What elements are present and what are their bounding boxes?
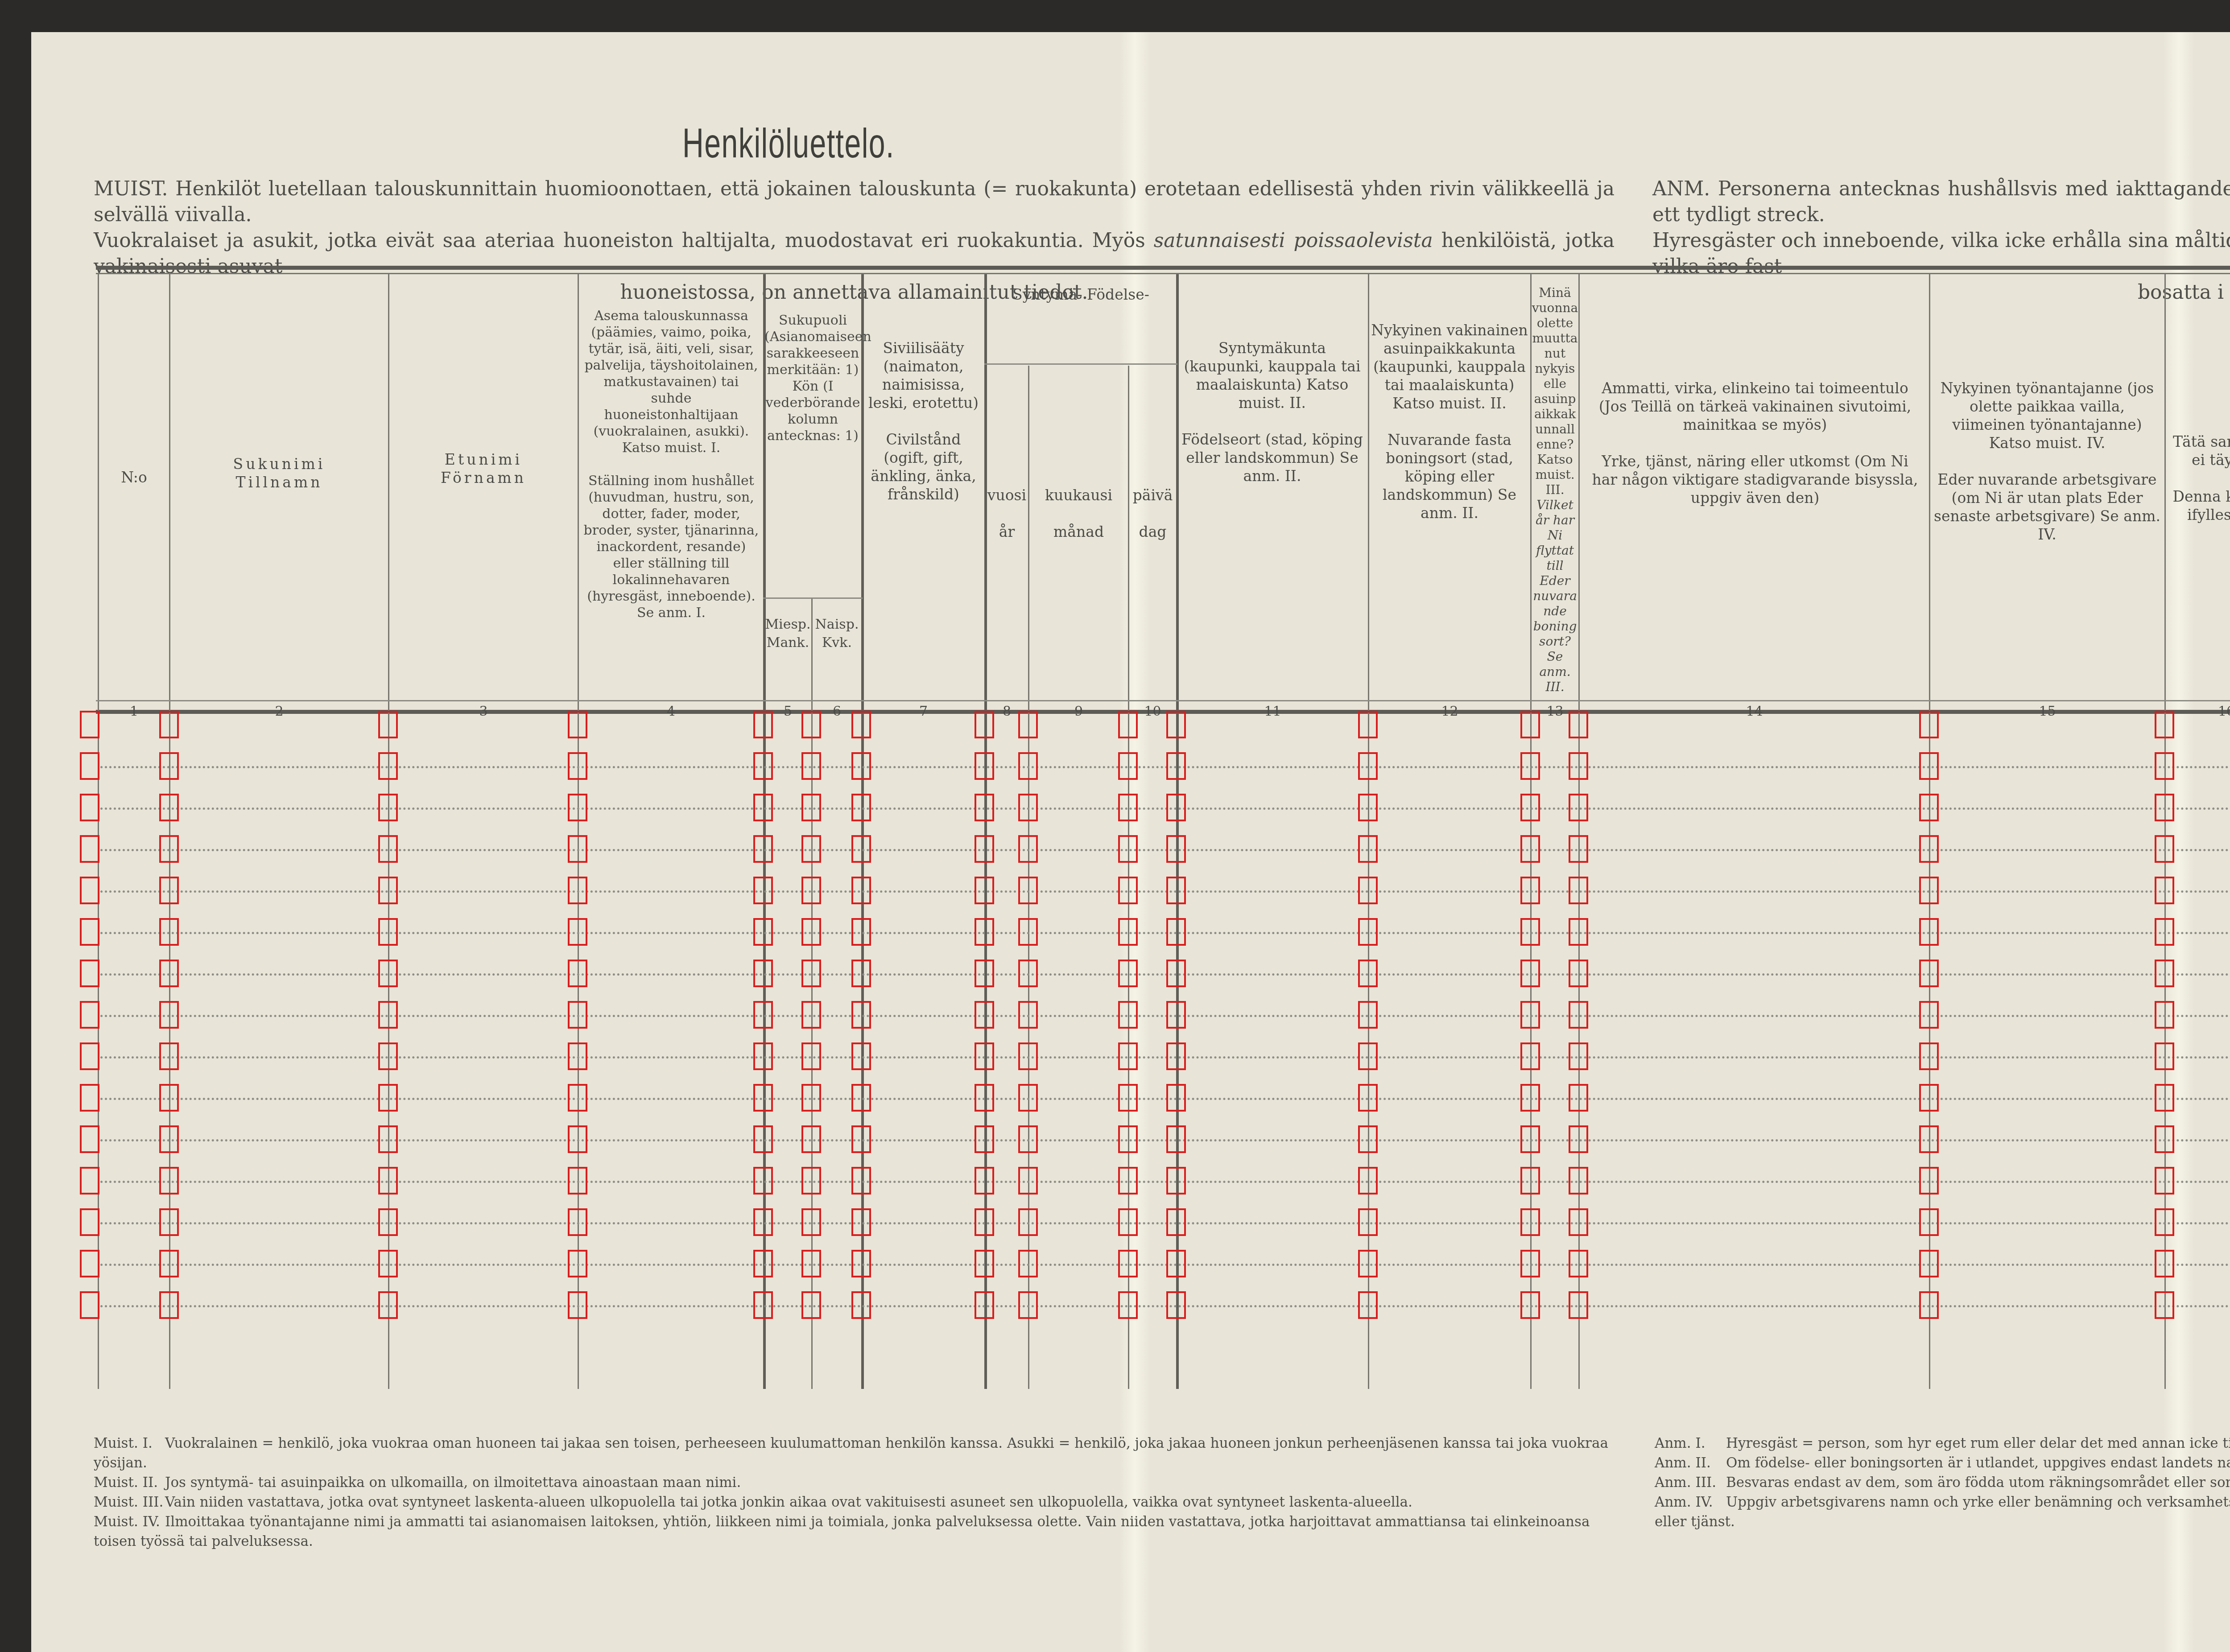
cell-marker-box (568, 1250, 587, 1277)
cell-marker-box (1166, 1125, 1186, 1153)
cell-marker-box (2155, 752, 2174, 780)
cell-marker-box (1018, 1208, 1038, 1236)
cell-marker-box (1569, 711, 1588, 738)
row-ruling (100, 1098, 2230, 1100)
cell-marker-box (159, 1250, 179, 1277)
cell-marker-box (159, 1001, 179, 1029)
row-ruling (100, 766, 2230, 768)
cell-marker-box (80, 1084, 99, 1112)
cell-marker-box (975, 1042, 994, 1070)
cell-marker-box (1018, 1250, 1038, 1277)
header-col-12: Nykyinen vakinainen asuinpaikkakunta (ka… (1370, 321, 1529, 522)
cell-marker-box (1919, 918, 1939, 946)
cell-marker-box (2155, 960, 2174, 987)
cell-marker-box (851, 1250, 871, 1277)
cell-marker-box (1520, 960, 1540, 987)
cell-marker-box (975, 1001, 994, 1029)
cell-marker-box (1118, 960, 1138, 987)
header-col-7: Siviilisääty (naimaton, naimisissa, lesk… (863, 339, 984, 503)
cell-marker-box (568, 752, 587, 780)
cell-marker-box (851, 1291, 871, 1319)
cell-marker-box (2155, 877, 2174, 904)
row-ruling (100, 807, 2230, 810)
cell-marker-box (80, 960, 99, 987)
cell-marker-box (1919, 877, 1939, 904)
cell-marker-box (159, 711, 179, 738)
footnote-muist-2: Muist. II.Jos syntymä- tai asuinpaikka o… (94, 1473, 1619, 1492)
cell-marker-box (1018, 752, 1038, 780)
cell-marker-box (851, 711, 871, 738)
cell-marker-box (1118, 794, 1138, 821)
cell-marker-box (851, 960, 871, 987)
cell-marker-box (159, 960, 179, 987)
cell-marker-box (2155, 1167, 2174, 1195)
cell-marker-box (2155, 711, 2174, 738)
intro-note-swedish: ANM. Personerna antecknas hushållsvis me… (1652, 176, 2230, 305)
title-finnish: Henkilöluettelo. (682, 120, 895, 167)
cell-marker-box (801, 1250, 821, 1277)
cell-marker-box (1919, 1167, 1939, 1195)
cell-marker-box (378, 1084, 398, 1112)
footnote-anm-1: Anm. I.Hyresgäst = person, som hyr eget … (1655, 1434, 2230, 1453)
row-ruling (100, 1305, 2230, 1307)
cell-marker-box (1358, 1167, 1378, 1195)
cell-marker-box (1569, 1001, 1588, 1029)
cell-marker-box (1358, 752, 1378, 780)
cell-marker-box (1358, 1250, 1378, 1277)
cell-marker-box (2155, 1250, 2174, 1277)
cell-marker-box (1166, 835, 1186, 863)
intro-note-finnish: MUIST. Henkilöt luetellaan talouskunnitt… (94, 176, 1615, 305)
footnote-muist-3: Muist. III.Vain niiden vastattava, jotka… (94, 1492, 1619, 1512)
cell-marker-box (801, 1084, 821, 1112)
cell-marker-box (851, 794, 871, 821)
cell-marker-box (1018, 918, 1038, 946)
column-number: 16 (2166, 704, 2230, 719)
cell-marker-box (1520, 752, 1540, 780)
cell-marker-box (801, 877, 821, 904)
cell-marker-box (1118, 1250, 1138, 1277)
cell-marker-box (801, 1291, 821, 1319)
cell-marker-box (801, 960, 821, 987)
cell-marker-box (1358, 1001, 1378, 1029)
cell-marker-box (1018, 1125, 1038, 1153)
cell-marker-box (378, 1208, 398, 1236)
cell-marker-box (159, 1084, 179, 1112)
cell-marker-box (1358, 1084, 1378, 1112)
cell-marker-box (1520, 794, 1540, 821)
cell-marker-box (1569, 1167, 1588, 1195)
cell-marker-box (378, 794, 398, 821)
column-number: 3 (389, 704, 578, 719)
cell-marker-box (568, 918, 587, 946)
cell-marker-box (851, 1125, 871, 1153)
cell-marker-box (1520, 877, 1540, 904)
cell-marker-box (568, 711, 587, 738)
cell-marker-box (1520, 1084, 1540, 1112)
cell-marker-box (975, 711, 994, 738)
column-number: 7 (863, 704, 984, 719)
cell-marker-box (1358, 960, 1378, 987)
cell-marker-box (975, 1125, 994, 1153)
cell-marker-box (975, 877, 994, 904)
footnotes-finnish: Muist. I.Vuokralainen = henkilö, joka vu… (94, 1434, 1619, 1551)
cell-marker-box (1166, 1250, 1186, 1277)
cell-marker-box (1118, 1291, 1138, 1319)
cell-marker-box (1018, 1042, 1038, 1070)
cell-marker-box (1520, 918, 1540, 946)
cell-marker-box (159, 1291, 179, 1319)
group-divider-birth (984, 363, 1177, 365)
cell-marker-box (1166, 1291, 1186, 1319)
row-ruling (100, 890, 2230, 893)
cell-marker-box (80, 1042, 99, 1070)
cell-marker-box (378, 835, 398, 863)
cell-marker-box (753, 1084, 773, 1112)
cell-marker-box (851, 1208, 871, 1236)
cell-marker-box (2155, 1291, 2174, 1319)
cell-marker-box (1166, 752, 1186, 780)
cell-marker-box (1919, 752, 1939, 780)
cell-marker-box (975, 752, 994, 780)
cell-marker-box (753, 1291, 773, 1319)
cell-marker-box (1166, 1208, 1186, 1236)
cell-marker-box (568, 960, 587, 987)
cell-marker-box (1166, 794, 1186, 821)
cell-marker-box (851, 877, 871, 904)
cell-marker-box (1166, 1167, 1186, 1195)
cell-marker-box (159, 1125, 179, 1153)
cell-marker-box (1018, 1291, 1038, 1319)
cell-marker-box (2155, 1125, 2174, 1153)
cell-marker-box (378, 711, 398, 738)
cell-marker-box (1569, 1084, 1588, 1112)
cell-marker-box (753, 835, 773, 863)
table-top-rule-thin (96, 273, 2230, 274)
header-col-16: Tätä saraketta ei täytetäDenna kolumn if… (2167, 433, 2230, 524)
cell-marker-box (1569, 877, 1588, 904)
footnotes-swedish: Anm. I.Hyresgäst = person, som hyr eget … (1655, 1434, 2230, 1532)
row-ruling (100, 1264, 2230, 1266)
cell-marker-box (1520, 1208, 1540, 1236)
cell-marker-box (80, 918, 99, 946)
column-number: 1 (99, 704, 169, 719)
cell-marker-box (80, 877, 99, 904)
cell-marker-box (1166, 1042, 1186, 1070)
row-ruling (100, 1015, 2230, 1017)
cell-marker-box (568, 835, 587, 863)
cell-marker-box (1018, 960, 1038, 987)
cell-marker-box (80, 1167, 99, 1195)
cell-marker-box (801, 1125, 821, 1153)
cell-marker-box (80, 1291, 99, 1319)
cell-marker-box (801, 711, 821, 738)
cell-marker-box (80, 752, 99, 780)
table-top-rule (96, 266, 2230, 270)
cell-marker-box (753, 1208, 773, 1236)
footnote-anm-4: Anm. IV.Uppgiv arbetsgivarens namn och y… (1655, 1492, 2230, 1532)
cell-marker-box (753, 1125, 773, 1153)
cell-marker-box (378, 752, 398, 780)
header-col-15: Nykyinen työnantajanne (jos olette paikk… (1933, 379, 2161, 544)
cell-marker-box (1018, 1001, 1038, 1029)
cell-marker-box (975, 1250, 994, 1277)
footnote-anm-3: Anm. III.Besvaras endast av dem, som äro… (1655, 1473, 2230, 1492)
cell-marker-box (1569, 960, 1588, 987)
cell-marker-box (378, 1042, 398, 1070)
cell-marker-box (1919, 1208, 1939, 1236)
cell-marker-box (1358, 711, 1378, 738)
cell-marker-box (1166, 711, 1186, 738)
cell-marker-box (1018, 794, 1038, 821)
group-divider-sex (763, 597, 863, 599)
column-number: 2 (170, 704, 388, 719)
cell-marker-box (568, 1167, 587, 1195)
cell-marker-box (1018, 877, 1038, 904)
cell-marker-box (1569, 1125, 1588, 1153)
cell-marker-box (1118, 711, 1138, 738)
cell-marker-box (851, 1001, 871, 1029)
cell-marker-box (1166, 1001, 1186, 1029)
cell-marker-box (378, 1250, 398, 1277)
column-number: 14 (1580, 704, 1929, 719)
cell-marker-box (1118, 752, 1138, 780)
cell-marker-box (568, 1291, 587, 1319)
column-number: 4 (579, 704, 763, 719)
cell-marker-box (1569, 1250, 1588, 1277)
cell-marker-box (1018, 1084, 1038, 1112)
cell-marker-box (1166, 877, 1186, 904)
cell-marker-box (1520, 1250, 1540, 1277)
cell-marker-box (159, 918, 179, 946)
cell-marker-box (975, 1208, 994, 1236)
cell-marker-box (80, 1208, 99, 1236)
cell-marker-box (159, 835, 179, 863)
cell-marker-box (1520, 1125, 1540, 1153)
cell-marker-box (851, 1042, 871, 1070)
cell-marker-box (80, 1001, 99, 1029)
cell-marker-box (1520, 1042, 1540, 1070)
cell-marker-box (1166, 1084, 1186, 1112)
header-group-birth: Syntymä- Födelse- (986, 285, 1176, 304)
cell-marker-box (801, 918, 821, 946)
cell-marker-box (1118, 1167, 1138, 1195)
cell-marker-box (1520, 835, 1540, 863)
cell-marker-box (1569, 1042, 1588, 1070)
cell-marker-box (1569, 918, 1588, 946)
cell-marker-box (568, 1001, 587, 1029)
header-col-5: Miesp. Mank. (764, 615, 811, 652)
row-ruling (100, 932, 2230, 934)
header-col-1: N:o (99, 468, 169, 486)
cell-marker-box (1520, 1001, 1540, 1029)
cell-marker-box (1118, 1001, 1138, 1029)
cell-marker-box (378, 877, 398, 904)
cell-marker-box (1018, 1167, 1038, 1195)
cell-marker-box (1358, 835, 1378, 863)
cell-marker-box (1919, 1291, 1939, 1319)
row-ruling (100, 849, 2230, 851)
cell-marker-box (80, 794, 99, 821)
cell-marker-box (1569, 835, 1588, 863)
cell-marker-box (80, 1125, 99, 1153)
row-ruling (100, 1222, 2230, 1224)
header-col-14: Ammatti, virka, elinkeino tai toimeentul… (1588, 379, 1922, 507)
cell-marker-box (1018, 835, 1038, 863)
cell-marker-box (801, 1167, 821, 1195)
cell-marker-box (1118, 918, 1138, 946)
header-group-sex: Sukupuoli (Asianomaiseen sarakkeeseen me… (764, 312, 861, 444)
cell-marker-box (159, 752, 179, 780)
cell-marker-box (753, 960, 773, 987)
cell-marker-box (1520, 1291, 1540, 1319)
cell-marker-box (1358, 1291, 1378, 1319)
cell-marker-box (851, 752, 871, 780)
cell-marker-box (975, 794, 994, 821)
header-col-2: SukunimiTillnamn (170, 455, 388, 491)
cell-marker-box (2155, 1208, 2174, 1236)
cell-marker-box (1118, 1084, 1138, 1112)
cell-marker-box (975, 960, 994, 987)
column-number-divider (96, 700, 2230, 701)
cell-marker-box (378, 960, 398, 987)
cell-marker-box (801, 794, 821, 821)
cell-marker-box (1919, 1250, 1939, 1277)
cell-marker-box (2155, 835, 2174, 863)
cell-marker-box (1569, 794, 1588, 821)
row-ruling (100, 1181, 2230, 1183)
cell-marker-box (851, 835, 871, 863)
cell-marker-box (568, 1042, 587, 1070)
cell-marker-box (1569, 1208, 1588, 1236)
cell-marker-box (801, 1208, 821, 1236)
cell-marker-box (975, 1291, 994, 1319)
cell-marker-box (1118, 877, 1138, 904)
row-ruling (100, 973, 2230, 976)
cell-marker-box (1569, 752, 1588, 780)
cell-marker-box (801, 752, 821, 780)
cell-marker-box (2155, 794, 2174, 821)
cell-marker-box (753, 1001, 773, 1029)
cell-marker-box (753, 1250, 773, 1277)
cell-marker-box (568, 877, 587, 904)
cell-marker-box (80, 835, 99, 863)
cell-marker-box (975, 1084, 994, 1112)
cell-marker-box (975, 1167, 994, 1195)
cell-marker-box (1919, 1042, 1939, 1070)
cell-marker-box (568, 1125, 587, 1153)
cell-marker-box (1919, 960, 1939, 987)
cell-marker-box (159, 1042, 179, 1070)
cell-marker-box (753, 794, 773, 821)
cell-marker-box (159, 1208, 179, 1236)
cell-marker-box (1118, 1042, 1138, 1070)
cell-marker-box (378, 1167, 398, 1195)
cell-marker-box (1358, 1042, 1378, 1070)
cell-marker-box (568, 1084, 587, 1112)
cell-marker-box (1166, 960, 1186, 987)
cell-marker-box (1358, 1208, 1378, 1236)
cell-marker-box (80, 1250, 99, 1277)
cell-marker-box (753, 711, 773, 738)
cell-marker-box (1118, 835, 1138, 863)
cell-marker-box (159, 1167, 179, 1195)
cell-marker-box (1919, 711, 1939, 738)
cell-marker-box (1919, 1125, 1939, 1153)
cell-marker-box (159, 794, 179, 821)
cell-marker-box (568, 1208, 587, 1236)
header-col-10: päivädag (1129, 486, 1176, 541)
footnote-muist-4: Muist. IV.Ilmoittakaa työnantajanne nimi… (94, 1512, 1619, 1551)
column-number: 15 (1930, 704, 2164, 719)
cell-marker-box (753, 877, 773, 904)
cell-marker-box (1118, 1208, 1138, 1236)
row-ruling (100, 1056, 2230, 1059)
header-col-6: Naisp. Kvk. (813, 615, 861, 652)
column-number: 12 (1369, 704, 1530, 719)
cell-marker-box (753, 1042, 773, 1070)
cell-marker-box (159, 877, 179, 904)
cell-marker-box (2155, 1042, 2174, 1070)
cell-marker-box (1919, 1084, 1939, 1112)
cell-marker-box (1919, 794, 1939, 821)
cell-marker-box (378, 1125, 398, 1153)
header-col-8: vuosiår (986, 486, 1028, 541)
cell-marker-box (1919, 1001, 1939, 1029)
cell-marker-box (975, 918, 994, 946)
cell-marker-box (801, 1001, 821, 1029)
header-col-9: kuukausimånad (1029, 486, 1128, 541)
cell-marker-box (1166, 918, 1186, 946)
cell-marker-box (1569, 1291, 1588, 1319)
cell-marker-box (975, 835, 994, 863)
cell-marker-box (753, 752, 773, 780)
cell-marker-box (1919, 835, 1939, 863)
cell-marker-box (1018, 711, 1038, 738)
header-col-11: Syntymäkunta (kaupunki, kauppala tai maa… (1180, 339, 1365, 485)
cell-marker-box (2155, 1084, 2174, 1112)
cell-marker-box (2155, 918, 2174, 946)
column-number: 11 (1177, 704, 1368, 719)
cell-marker-box (801, 1042, 821, 1070)
footnote-anm-2: Anm. II.Om födelse- eller boningsorten ä… (1655, 1453, 2230, 1473)
cell-marker-box (1520, 711, 1540, 738)
column-number: 9 (1029, 704, 1128, 719)
cell-marker-box (568, 794, 587, 821)
cell-marker-box (851, 918, 871, 946)
cell-marker-box (753, 1167, 773, 1195)
cell-marker-box (1520, 1167, 1540, 1195)
cell-marker-box (851, 1084, 871, 1112)
cell-marker-box (753, 918, 773, 946)
header-col-3: EtunimiFörnamn (389, 450, 578, 487)
cell-marker-box (80, 711, 99, 738)
cell-marker-box (851, 1167, 871, 1195)
cell-marker-box (378, 1001, 398, 1029)
cell-marker-box (378, 1291, 398, 1319)
cell-marker-box (1358, 794, 1378, 821)
cell-marker-box (378, 918, 398, 946)
row-ruling (100, 1139, 2230, 1141)
cell-marker-box (1118, 1125, 1138, 1153)
header-col-13: Minä vuonna olette muuttanut nykyiselle … (1532, 285, 1578, 695)
cell-marker-box (1358, 1125, 1378, 1153)
cell-marker-box (801, 835, 821, 863)
cell-marker-box (2155, 1001, 2174, 1029)
cell-marker-box (1358, 918, 1378, 946)
cell-marker-box (1358, 877, 1378, 904)
footnote-muist-1: Muist. I.Vuokralainen = henkilö, joka vu… (94, 1434, 1619, 1473)
